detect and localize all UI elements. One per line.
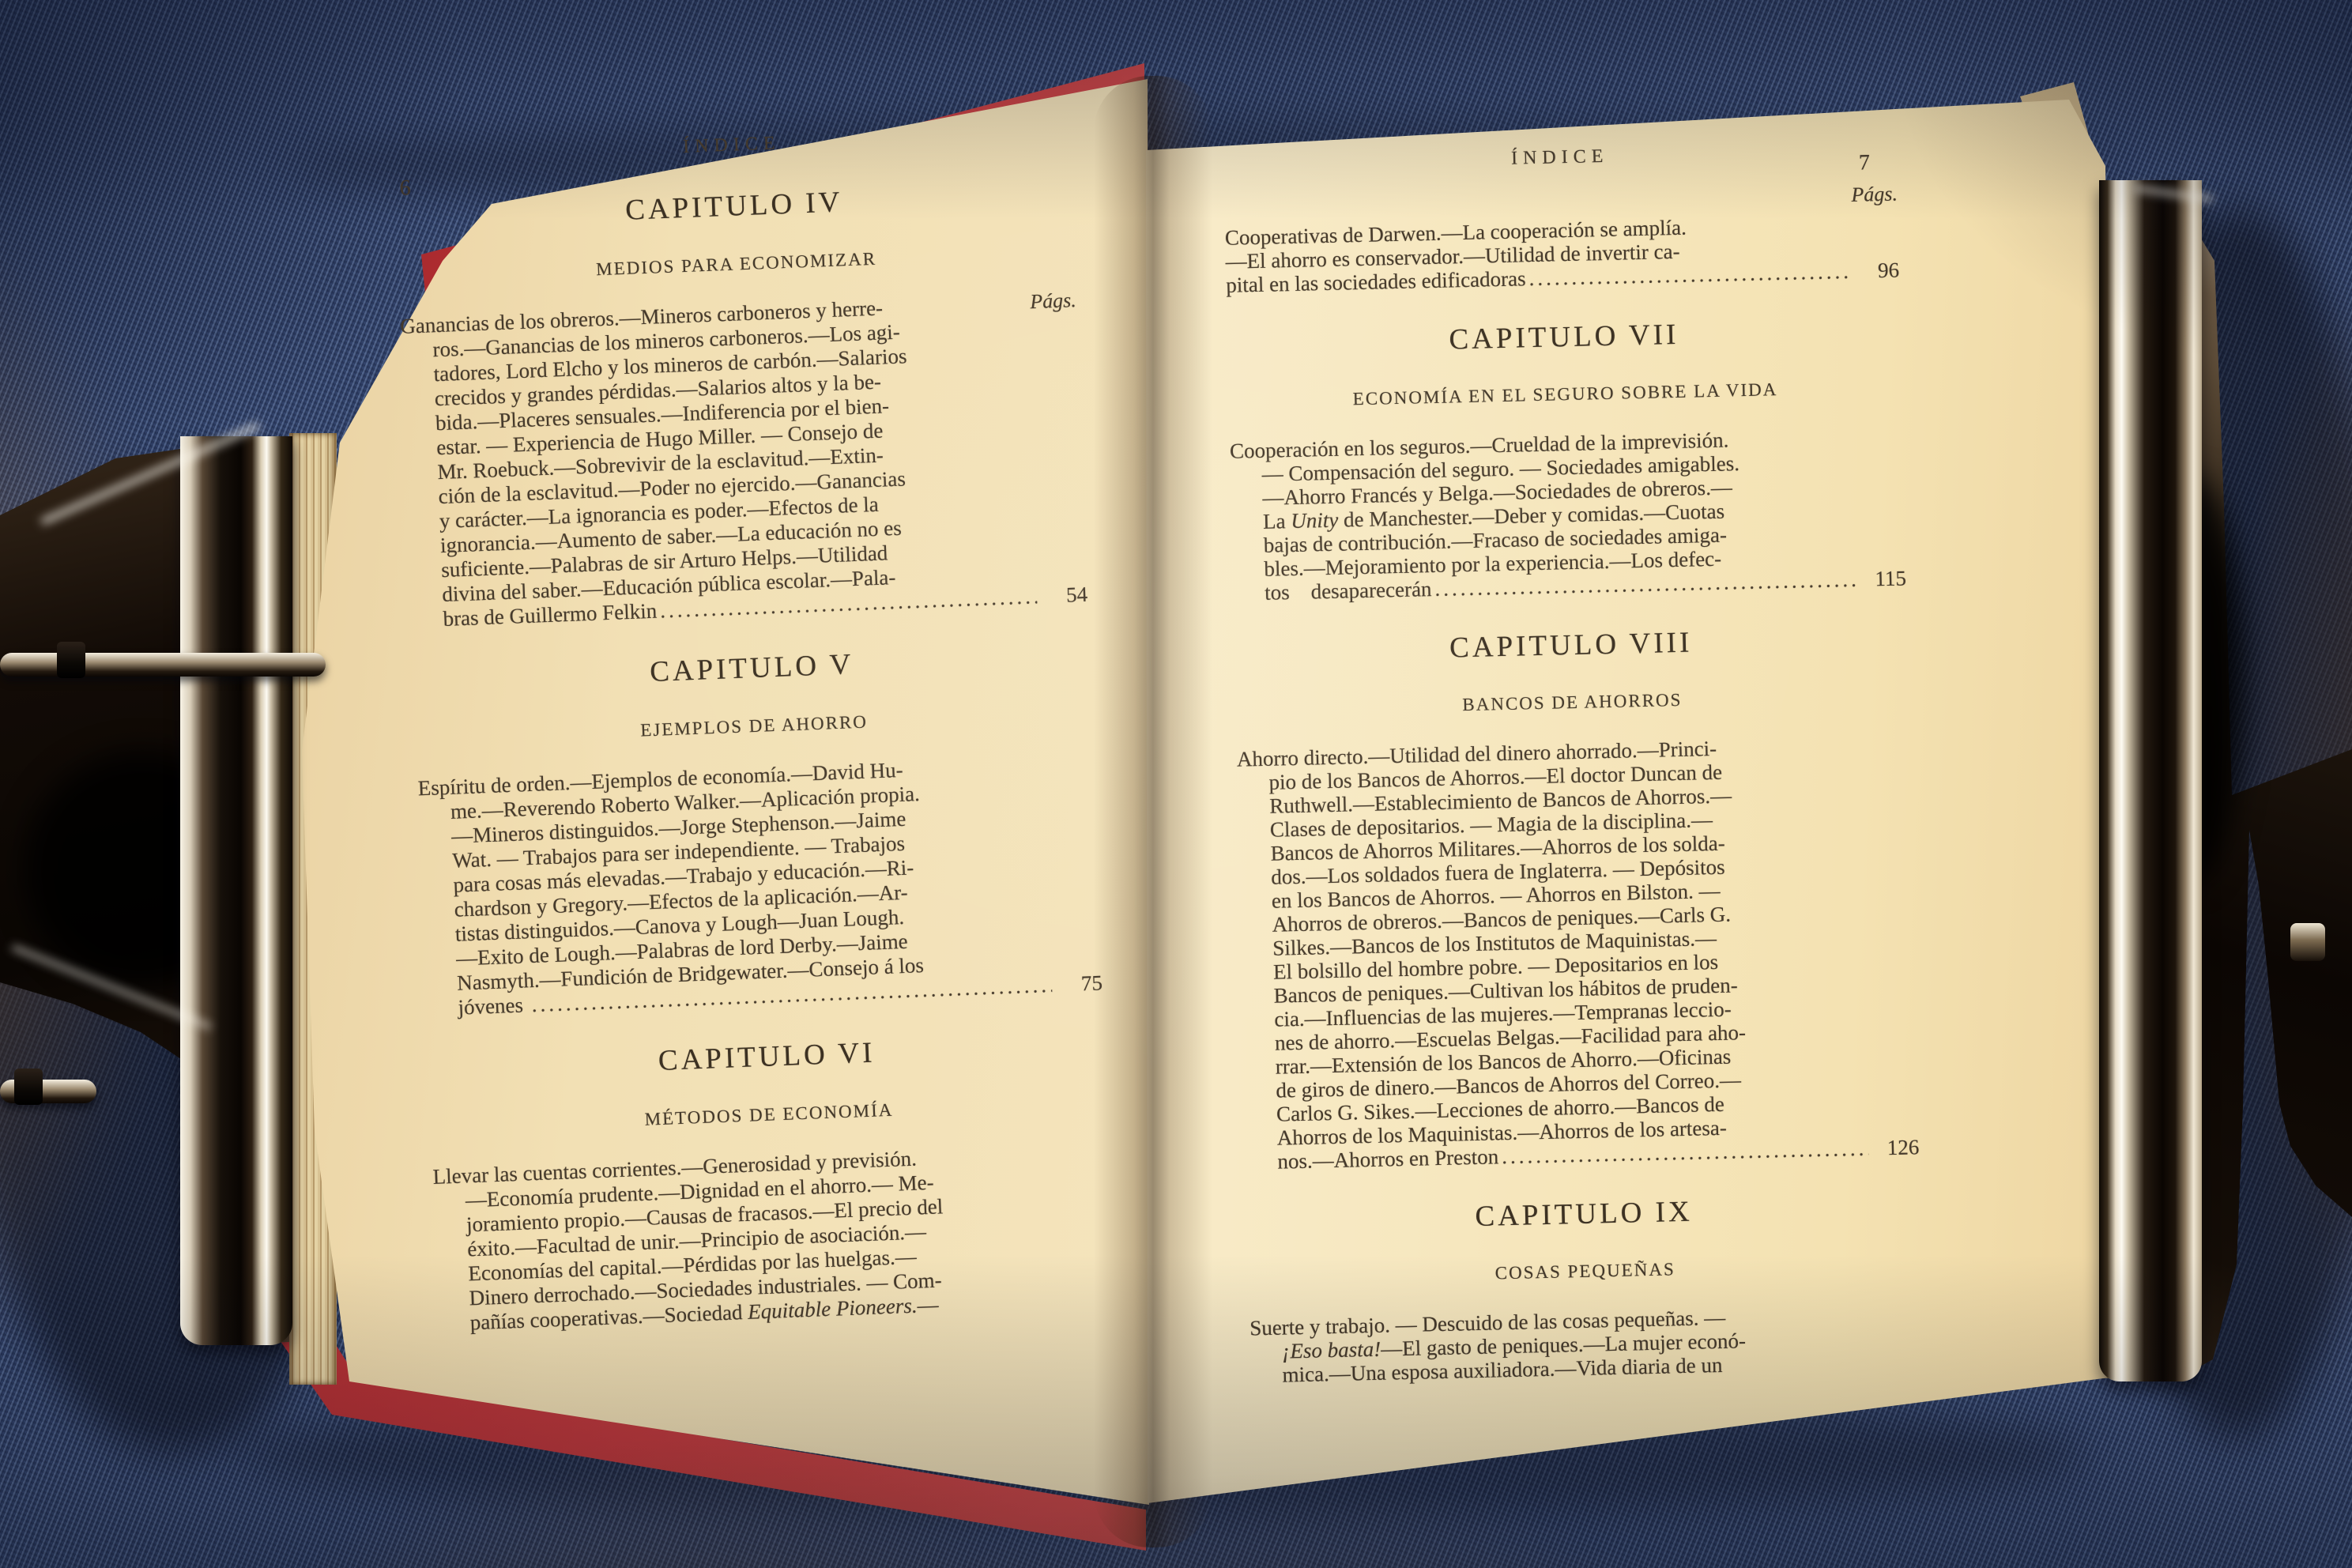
index-entry: Cooperación en los seguros.—Crueldad de … <box>1230 424 1907 605</box>
left-clamp-pin-upper <box>57 642 85 678</box>
book-photo-scene: ÍNDICE 6 Págs. CAPITULO IVMEDIOS PARA EC… <box>0 0 2352 1568</box>
index-entry: Espíritu de orden.—Ejemplos de economía.… <box>417 751 1102 1022</box>
index-entry: Cooperativas de Darwen.—La cooperación s… <box>1225 211 1900 297</box>
chapter-title: CAPITULO VIII <box>1234 626 1908 665</box>
page-number: 7 <box>1859 151 1871 175</box>
left-clamp-pin-lower <box>14 1069 43 1105</box>
left-clamp-jaw-bar <box>180 436 292 1345</box>
right-clamp-jaw-bar <box>2099 180 2202 1381</box>
chapter-title: CAPITULO V <box>413 643 1091 694</box>
pags-column-label: Págs. <box>1030 288 1077 314</box>
chapter-subtitle: MÉTODOS DE ECONOMÍA <box>431 1089 1108 1140</box>
index-entry: Llevar las cuentas corrientes.—Generosid… <box>432 1139 1115 1336</box>
chapter-subtitle: MEDIOS PARA ECONOMIZAR <box>398 239 1075 289</box>
chapter-subtitle: EJEMPLOS DE AHORRO <box>416 701 1093 752</box>
left-clamp-spring-rod-upper <box>0 653 326 677</box>
index-entry: Ganancias de los obreros.—Mineros carbon… <box>400 288 1088 633</box>
index-entry: Suerte y trabajo. — Descuido de las cosa… <box>1249 1301 1924 1387</box>
page-number: 6 <box>399 175 411 201</box>
page-reference: 75 <box>1057 971 1102 997</box>
chapter-subtitle: ECONOMÍA EN EL SEGURO SOBRE LA VIDA <box>1228 375 1902 413</box>
page-reference: 54 <box>1042 582 1087 609</box>
chapter-title: CAPITULO IX <box>1247 1195 1920 1234</box>
page-reference: 126 <box>1875 1135 1920 1159</box>
chapter-title: CAPITULO VII <box>1227 318 1901 356</box>
chapter-title: CAPITULO VI <box>428 1031 1106 1082</box>
right-clamp-pin <box>2290 923 2325 961</box>
index-entry: Ahorro directo.—Utilidad del dinero ahor… <box>1237 732 1920 1174</box>
index-sections: Cooperativas de Darwen.—La cooperación s… <box>1225 211 1924 1388</box>
left-page-text-column: ÍNDICE 6 Págs. CAPITULO IVMEDIOS PARA EC… <box>394 120 1118 1410</box>
chapter-subtitle: COSAS PEQUEÑAS <box>1248 1252 1921 1291</box>
chapter-subtitle: BANCOS DE AHORROS <box>1235 683 1909 722</box>
index-sections: CAPITULO IVMEDIOS PARA ECONOMIZARGananci… <box>396 181 1115 1336</box>
chapter-title: CAPITULO IV <box>396 181 1073 232</box>
page-reference: 96 <box>1855 258 1900 283</box>
page-reference: 115 <box>1862 566 1907 590</box>
right-page-text-column: ÍNDICE 7 Págs. Cooperativas de Darwen.—L… <box>1223 138 1926 1449</box>
